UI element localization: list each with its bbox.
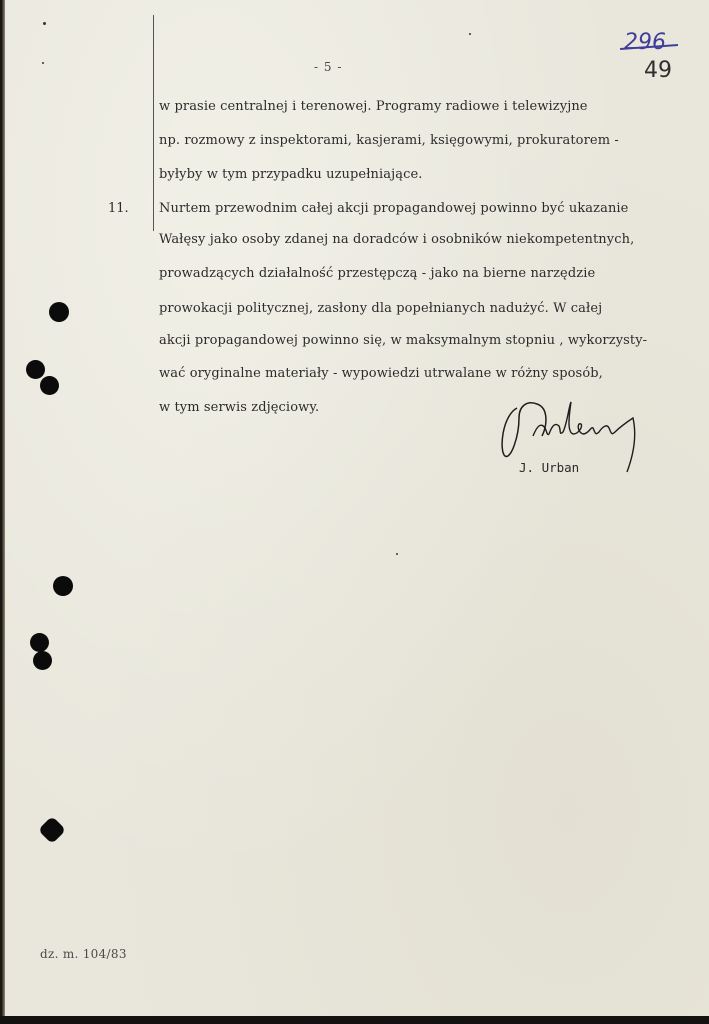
page-number: - 5 -: [314, 60, 342, 74]
paper-speck: [469, 33, 471, 35]
text-line: byłyby w tym przypadku uzupełniające.: [159, 167, 423, 182]
text-line: w prasie centralnej i terenowej. Program…: [159, 99, 588, 114]
text-line: prowadzących działalność przestępczą - j…: [159, 266, 595, 281]
punch-hole: [30, 633, 49, 652]
scan-bottom-edge: [0, 1016, 709, 1024]
text-line: wać oryginalne materiały - wypowiedzi ut…: [159, 366, 603, 381]
text-line: akcji propagandowej powinno się, w maksy…: [159, 333, 647, 348]
text-line: np. rozmowy z inspektorami, kasjerami, k…: [159, 133, 619, 148]
punch-hole: [33, 651, 52, 670]
text-line: w tym serwis zdjęciowy.: [159, 400, 319, 415]
signer-name: J. Urban: [519, 460, 579, 475]
text-line: Wałęsy jako osoby zdanej na doradców i o…: [159, 232, 634, 247]
margin-line: [153, 15, 154, 231]
paragraph-number: 11.: [108, 201, 129, 216]
punch-hole: [26, 360, 45, 379]
archive-number-old: 296: [624, 30, 666, 55]
page-left-edge: [2, 0, 5, 1016]
document-page: - 5 - 296 49 w prasie centralnej i teren…: [2, 0, 709, 1016]
archive-number-new: 49: [644, 58, 672, 83]
text-line: prowokacji politycznej, zasłony dla pope…: [159, 301, 602, 316]
paper-speck: [42, 62, 44, 64]
text-line: Nurtem przewodnim całej akcji propagando…: [159, 201, 628, 216]
punch-hole: [38, 816, 66, 844]
punch-hole: [53, 576, 73, 596]
paper-speck: [396, 553, 398, 555]
document-reference-code: dz. m. 104/83: [40, 947, 127, 961]
paper-speck: [43, 22, 46, 25]
punch-hole: [40, 376, 59, 395]
punch-hole: [49, 302, 69, 322]
